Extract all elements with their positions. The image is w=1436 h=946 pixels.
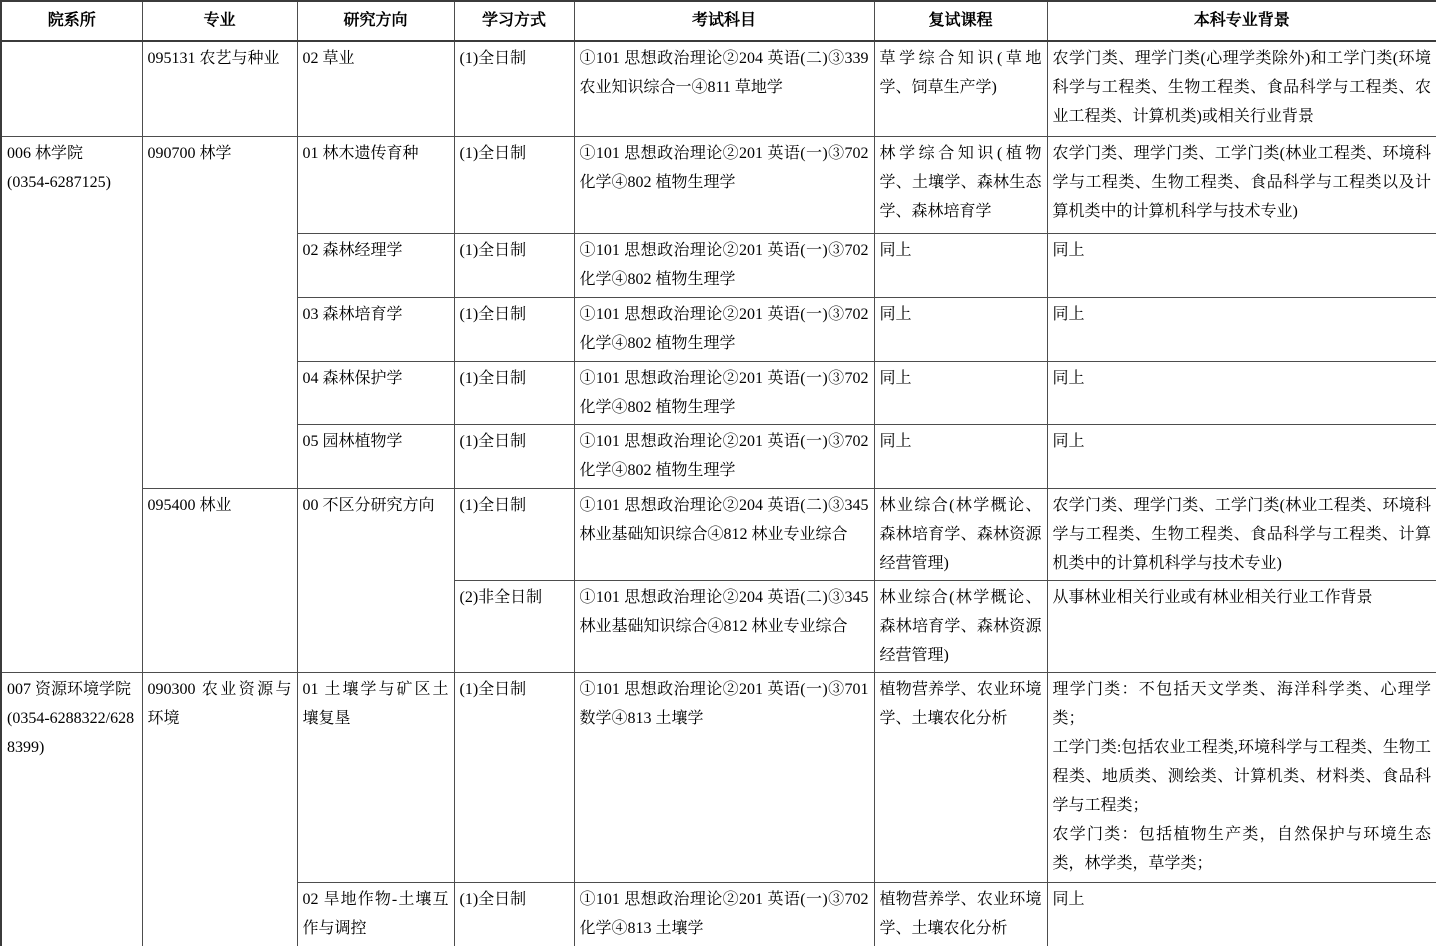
background-cell: 同上 <box>1047 424 1436 488</box>
dept-cell: 007 资源环境学院 (0354-6288322/6288399) <box>1 672 142 946</box>
exam-cell: ①101 思想政治理论②201 英语(一)③701 数学④813 土壤学 <box>574 672 874 882</box>
mode-cell: (1)全日制 <box>454 424 574 488</box>
background-cell: 同上 <box>1047 233 1436 297</box>
col-header-major: 专业 <box>142 1 297 41</box>
mode-cell: (1)全日制 <box>454 361 574 424</box>
retest-cell: 林学综合知识(植物学、土壤学、森林生态学、森林培育学 <box>874 136 1047 233</box>
exam-cell: ①101 思想政治理论②204 英语(二)③339 农业知识综合一④811 草地… <box>574 41 874 136</box>
col-header-dept: 院系所 <box>1 1 142 41</box>
retest-cell: 同上 <box>874 424 1047 488</box>
background-cell: 同上 <box>1047 361 1436 424</box>
direction-cell: 04 森林保护学 <box>297 361 454 424</box>
background-cell: 同上 <box>1047 882 1436 946</box>
major-cell: 090300 农业资源与环境 <box>142 672 297 946</box>
mode-cell: (1)全日制 <box>454 297 574 361</box>
retest-cell: 同上 <box>874 233 1047 297</box>
major-cell: 095131 农艺与种业 <box>142 41 297 136</box>
background-cell: 农学门类、理学门类、工学门类(林业工程类、环境科学与工程类、生物工程类、食品科学… <box>1047 488 1436 580</box>
background-cell: 理学门类：不包括天文学类、海洋科学类、心理学类； 工学门类:包括农业工程类,环境… <box>1047 672 1436 882</box>
exam-cell: ①101 思想政治理论②201 英语(一)③702 化学④802 植物生理学 <box>574 233 874 297</box>
table-row: 095131 农艺与种业 02 草业 (1)全日制 ①101 思想政治理论②20… <box>1 41 1436 136</box>
exam-cell: ①101 思想政治理论②201 英语(一)③702 化学④802 植物生理学 <box>574 297 874 361</box>
direction-cell: 02 旱地作物-土壤互作与调控 <box>297 882 454 946</box>
retest-cell: 草学综合知识(草地学、饲草生产学) <box>874 41 1047 136</box>
exam-cell: ①101 思想政治理论②201 英语(一)③702 化学④813 土壤学 <box>574 882 874 946</box>
exam-cell: ①101 思想政治理论②204 英语(二)③345 林业基础知识综合④812 林… <box>574 488 874 580</box>
mode-cell: (1)全日制 <box>454 672 574 882</box>
direction-cell: 02 草业 <box>297 41 454 136</box>
col-header-direction: 研究方向 <box>297 1 454 41</box>
table-row: 007 资源环境学院 (0354-6288322/6288399) 090300… <box>1 672 1436 882</box>
direction-cell: 03 森林培育学 <box>297 297 454 361</box>
col-header-mode: 学习方式 <box>454 1 574 41</box>
retest-cell: 植物营养学、农业环境学、土壤农化分析 <box>874 882 1047 946</box>
table-row: 095400 林业 00 不区分研究方向 (1)全日制 ①101 思想政治理论②… <box>1 488 1436 580</box>
direction-cell: 01 林木遗传育种 <box>297 136 454 233</box>
col-header-background: 本科专业背景 <box>1047 1 1436 41</box>
dept-cell-empty <box>1 41 142 136</box>
direction-cell: 00 不区分研究方向 <box>297 488 454 672</box>
direction-cell: 01 土壤学与矿区土壤复垦 <box>297 672 454 882</box>
retest-cell: 同上 <box>874 361 1047 424</box>
exam-cell: ①101 思想政治理论②201 英语(一)③702 化学④802 植物生理学 <box>574 361 874 424</box>
admissions-table: 院系所 专业 研究方向 学习方式 考试科目 复试课程 本科专业背景 095131… <box>0 0 1436 946</box>
dept-cell: 006 林学院 (0354-6287125) <box>1 136 142 672</box>
direction-cell: 02 森林经理学 <box>297 233 454 297</box>
exam-cell: ①101 思想政治理论②201 英语(一)③702 化学④802 植物生理学 <box>574 136 874 233</box>
retest-cell: 植物营养学、农业环境学、土壤农化分析 <box>874 672 1047 882</box>
retest-cell: 同上 <box>874 297 1047 361</box>
direction-cell: 05 园林植物学 <box>297 424 454 488</box>
background-cell: 同上 <box>1047 297 1436 361</box>
exam-cell: ①101 思想政治理论②204 英语(二)③345 林业基础知识综合④812 林… <box>574 580 874 672</box>
retest-cell: 林业综合(林学概论、森林培育学、森林资源经营管理) <box>874 488 1047 580</box>
mode-cell: (1)全日制 <box>454 488 574 580</box>
background-cell: 农学门类、理学门类、工学门类(林业工程类、环境科学与工程类、生物工程类、食品科学… <box>1047 136 1436 233</box>
retest-cell: 林业综合(林学概论、森林培育学、森林资源经营管理) <box>874 580 1047 672</box>
mode-cell: (1)全日制 <box>454 41 574 136</box>
background-cell: 农学门类、理学门类(心理学类除外)和工学门类(环境科学与工程类、生物工程类、食品… <box>1047 41 1436 136</box>
table-row: 006 林学院 (0354-6287125) 090700 林学 01 林木遗传… <box>1 136 1436 233</box>
mode-cell: (1)全日制 <box>454 233 574 297</box>
major-cell: 090700 林学 <box>142 136 297 488</box>
header-row: 院系所 专业 研究方向 学习方式 考试科目 复试课程 本科专业背景 <box>1 1 1436 41</box>
col-header-retest: 复试课程 <box>874 1 1047 41</box>
exam-cell: ①101 思想政治理论②201 英语(一)③702 化学④802 植物生理学 <box>574 424 874 488</box>
major-cell: 095400 林业 <box>142 488 297 672</box>
mode-cell: (1)全日制 <box>454 882 574 946</box>
mode-cell: (1)全日制 <box>454 136 574 233</box>
mode-cell: (2)非全日制 <box>454 580 574 672</box>
background-cell: 从事林业相关行业或有林业相关行业工作背景 <box>1047 580 1436 672</box>
col-header-exam: 考试科目 <box>574 1 874 41</box>
